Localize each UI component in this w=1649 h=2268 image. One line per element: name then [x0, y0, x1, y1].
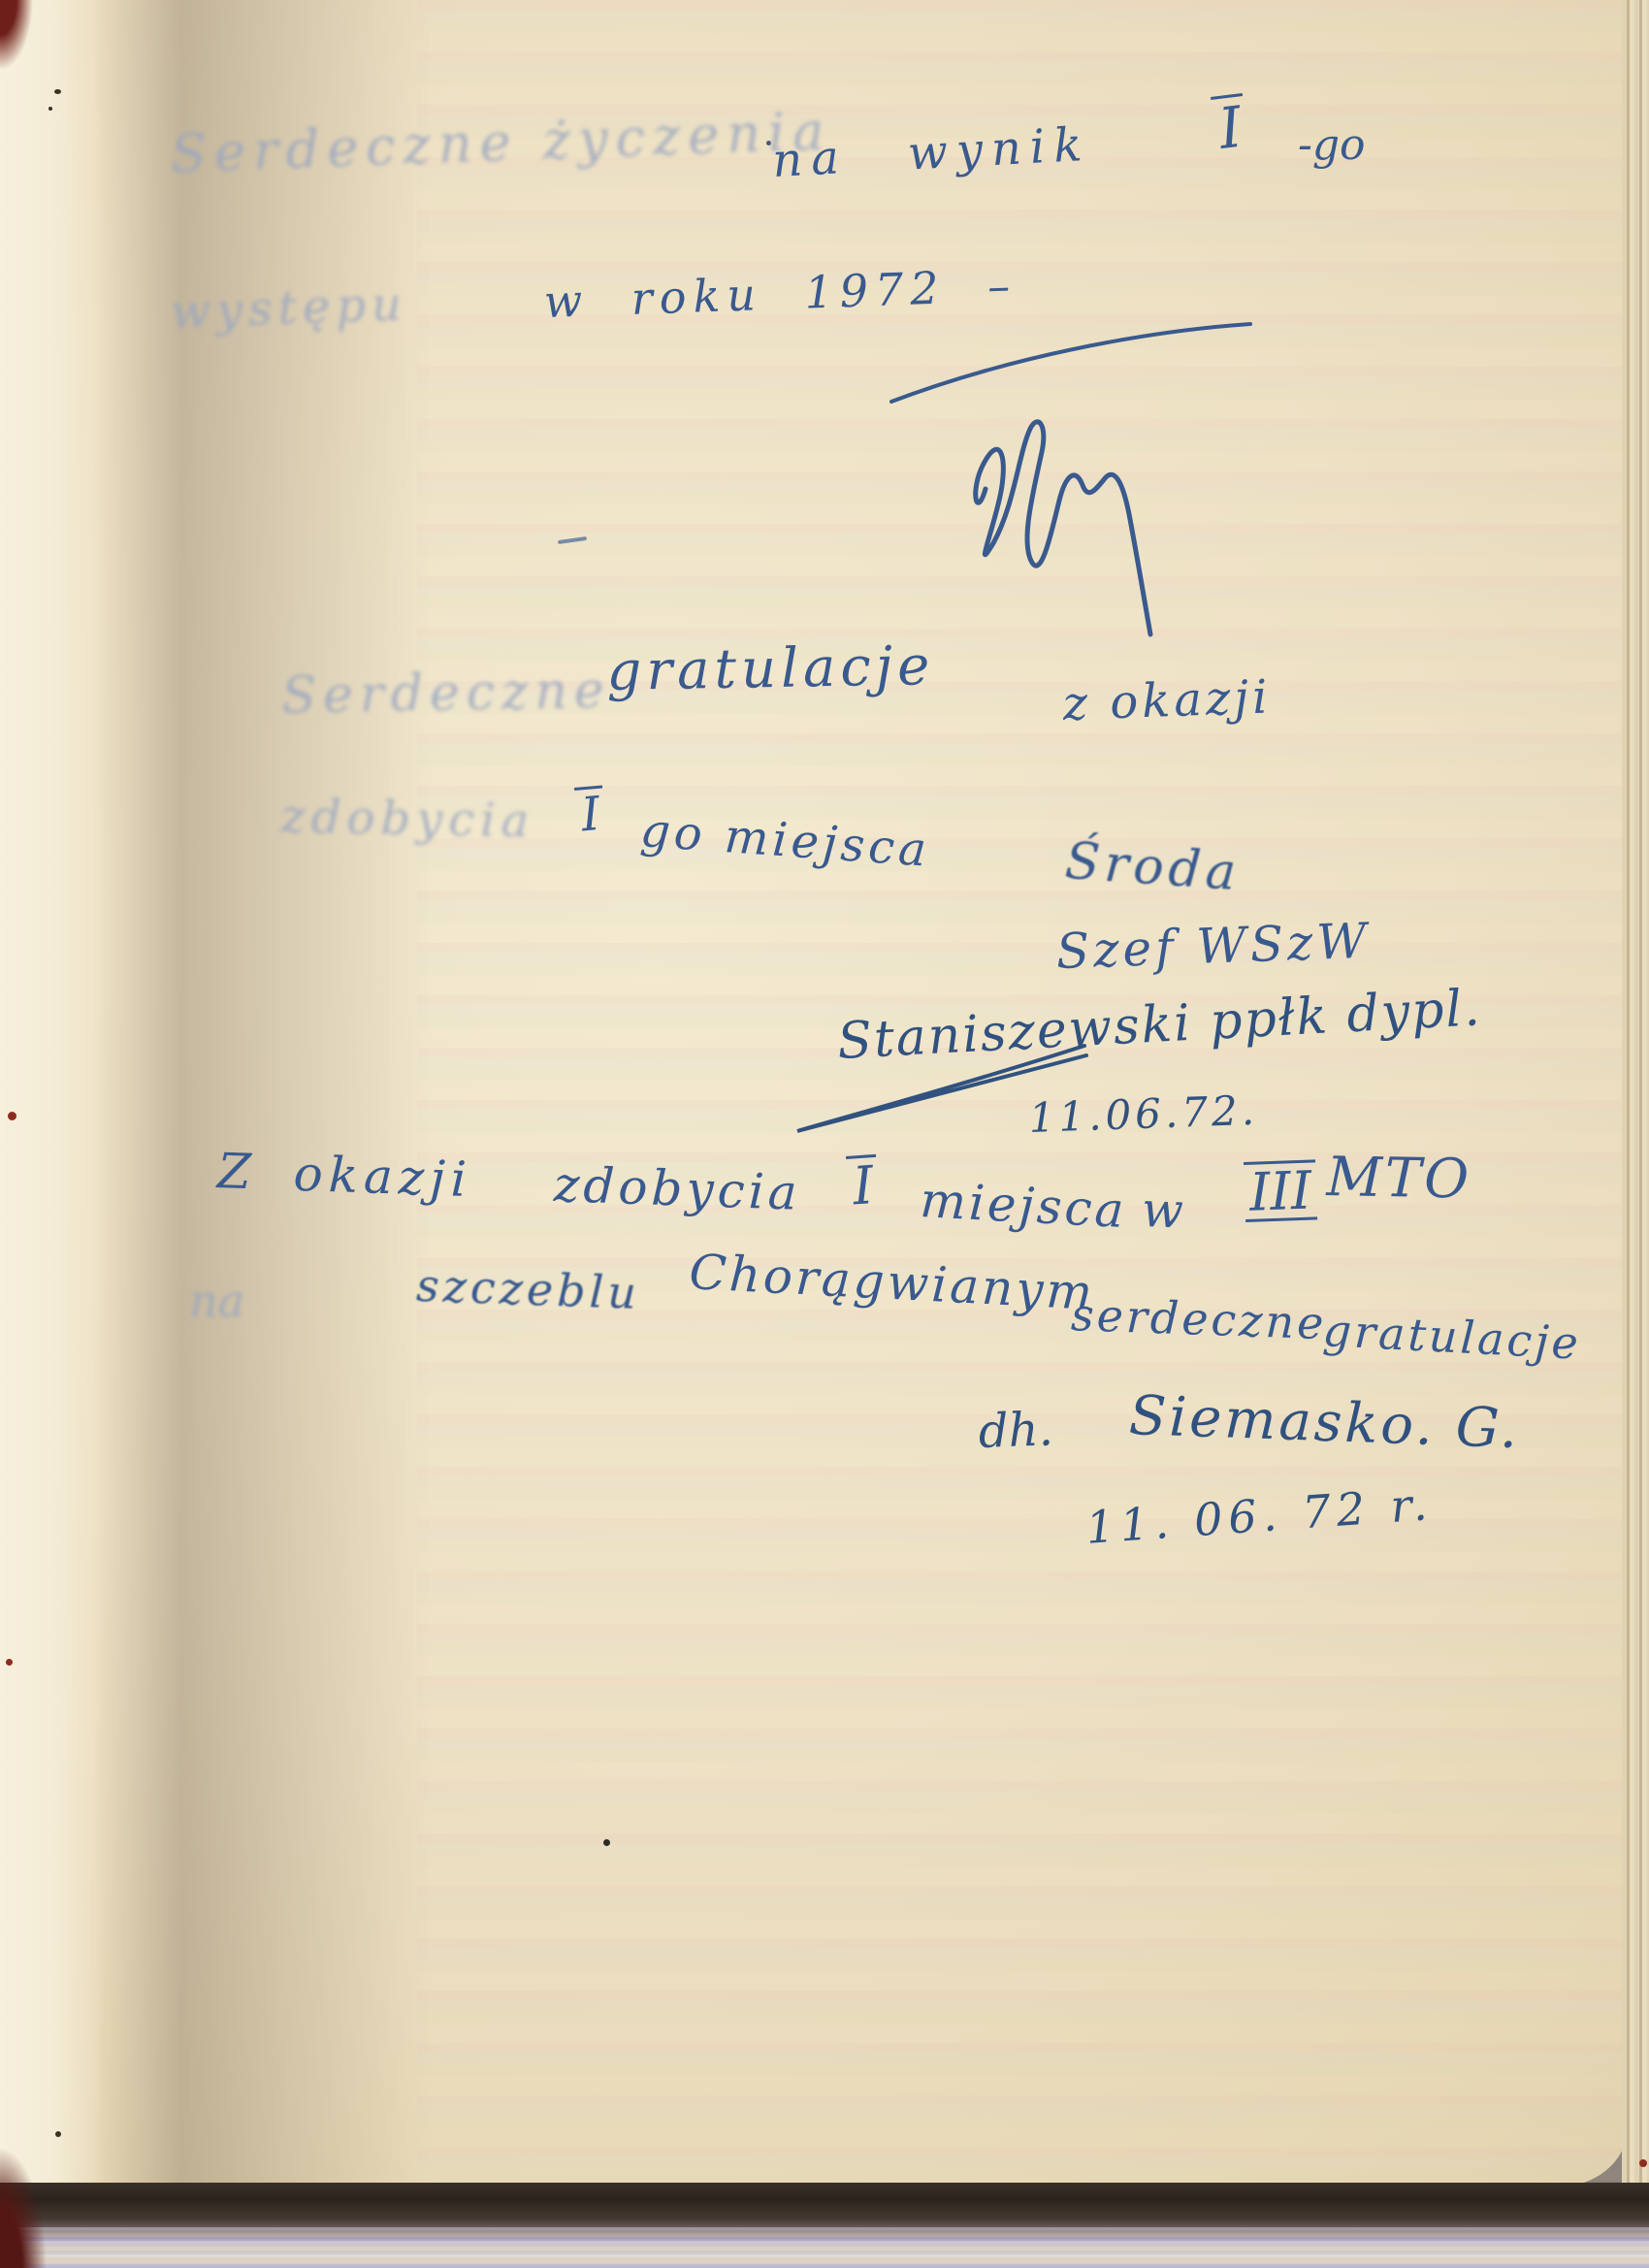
cover-corner-top-left [0, 0, 33, 70]
mid-word-gratulacje: gratulacje [606, 639, 935, 699]
bot-na: na [189, 1279, 244, 1323]
bot-roman-numeral-3: III [1244, 1159, 1317, 1222]
bot-w: w [1141, 1185, 1184, 1235]
top-line2-faded: występu [170, 280, 408, 335]
signature-scribble-top [968, 396, 1249, 648]
bot-zdobycia: zdobycia [553, 1160, 801, 1217]
mid-role-line: Szef WSzW [1055, 917, 1372, 976]
mid-word-serdeczne: Serdeczne [281, 665, 611, 722]
bot-mto: MTO [1326, 1150, 1472, 1208]
top-numeral-suffix: -go [1298, 124, 1366, 167]
bot-gratulacje: gratulacje [1322, 1308, 1582, 1366]
cover-corner-bottom-left [0, 2148, 47, 2268]
mid-date: 11.06.72. [1028, 1090, 1259, 1139]
bot-szczeblu: szczeblu [415, 1263, 640, 1315]
mid-word-z-okazji: z okazji [1062, 674, 1272, 728]
red-speck [1639, 2159, 1647, 2167]
dust-speck [54, 89, 61, 94]
red-speck [8, 1112, 16, 1120]
page-stack-edge [1622, 0, 1649, 2200]
bot-sig-prefix: dh. [978, 1406, 1054, 1455]
dust-speck [48, 107, 52, 111]
scanned-book-page: Serdeczne życzenia na wynik I -go występ… [0, 0, 1649, 2268]
bot-serdeczne: serdeczne [1070, 1292, 1327, 1345]
mid-roman-numeral: I [574, 785, 606, 838]
mid-word-zdobycia: zdobycia [280, 794, 534, 845]
bot-miejsca: miejsca [919, 1176, 1127, 1235]
bot-signature: Siemasko. G. [1128, 1389, 1521, 1457]
signature-flourish-stroke [888, 318, 1256, 407]
mid-word-sroda: Środa [1063, 836, 1242, 899]
bot-z-okazji: Z okazji [216, 1147, 472, 1204]
scanner-streaks [0, 2227, 1649, 2268]
dust-speck [55, 2131, 61, 2137]
bot-roman-numeral-1: I [846, 1154, 880, 1214]
ink-speck [603, 1839, 610, 1846]
gutter-highlight [0, 0, 105, 2187]
red-speck [6, 1659, 13, 1666]
